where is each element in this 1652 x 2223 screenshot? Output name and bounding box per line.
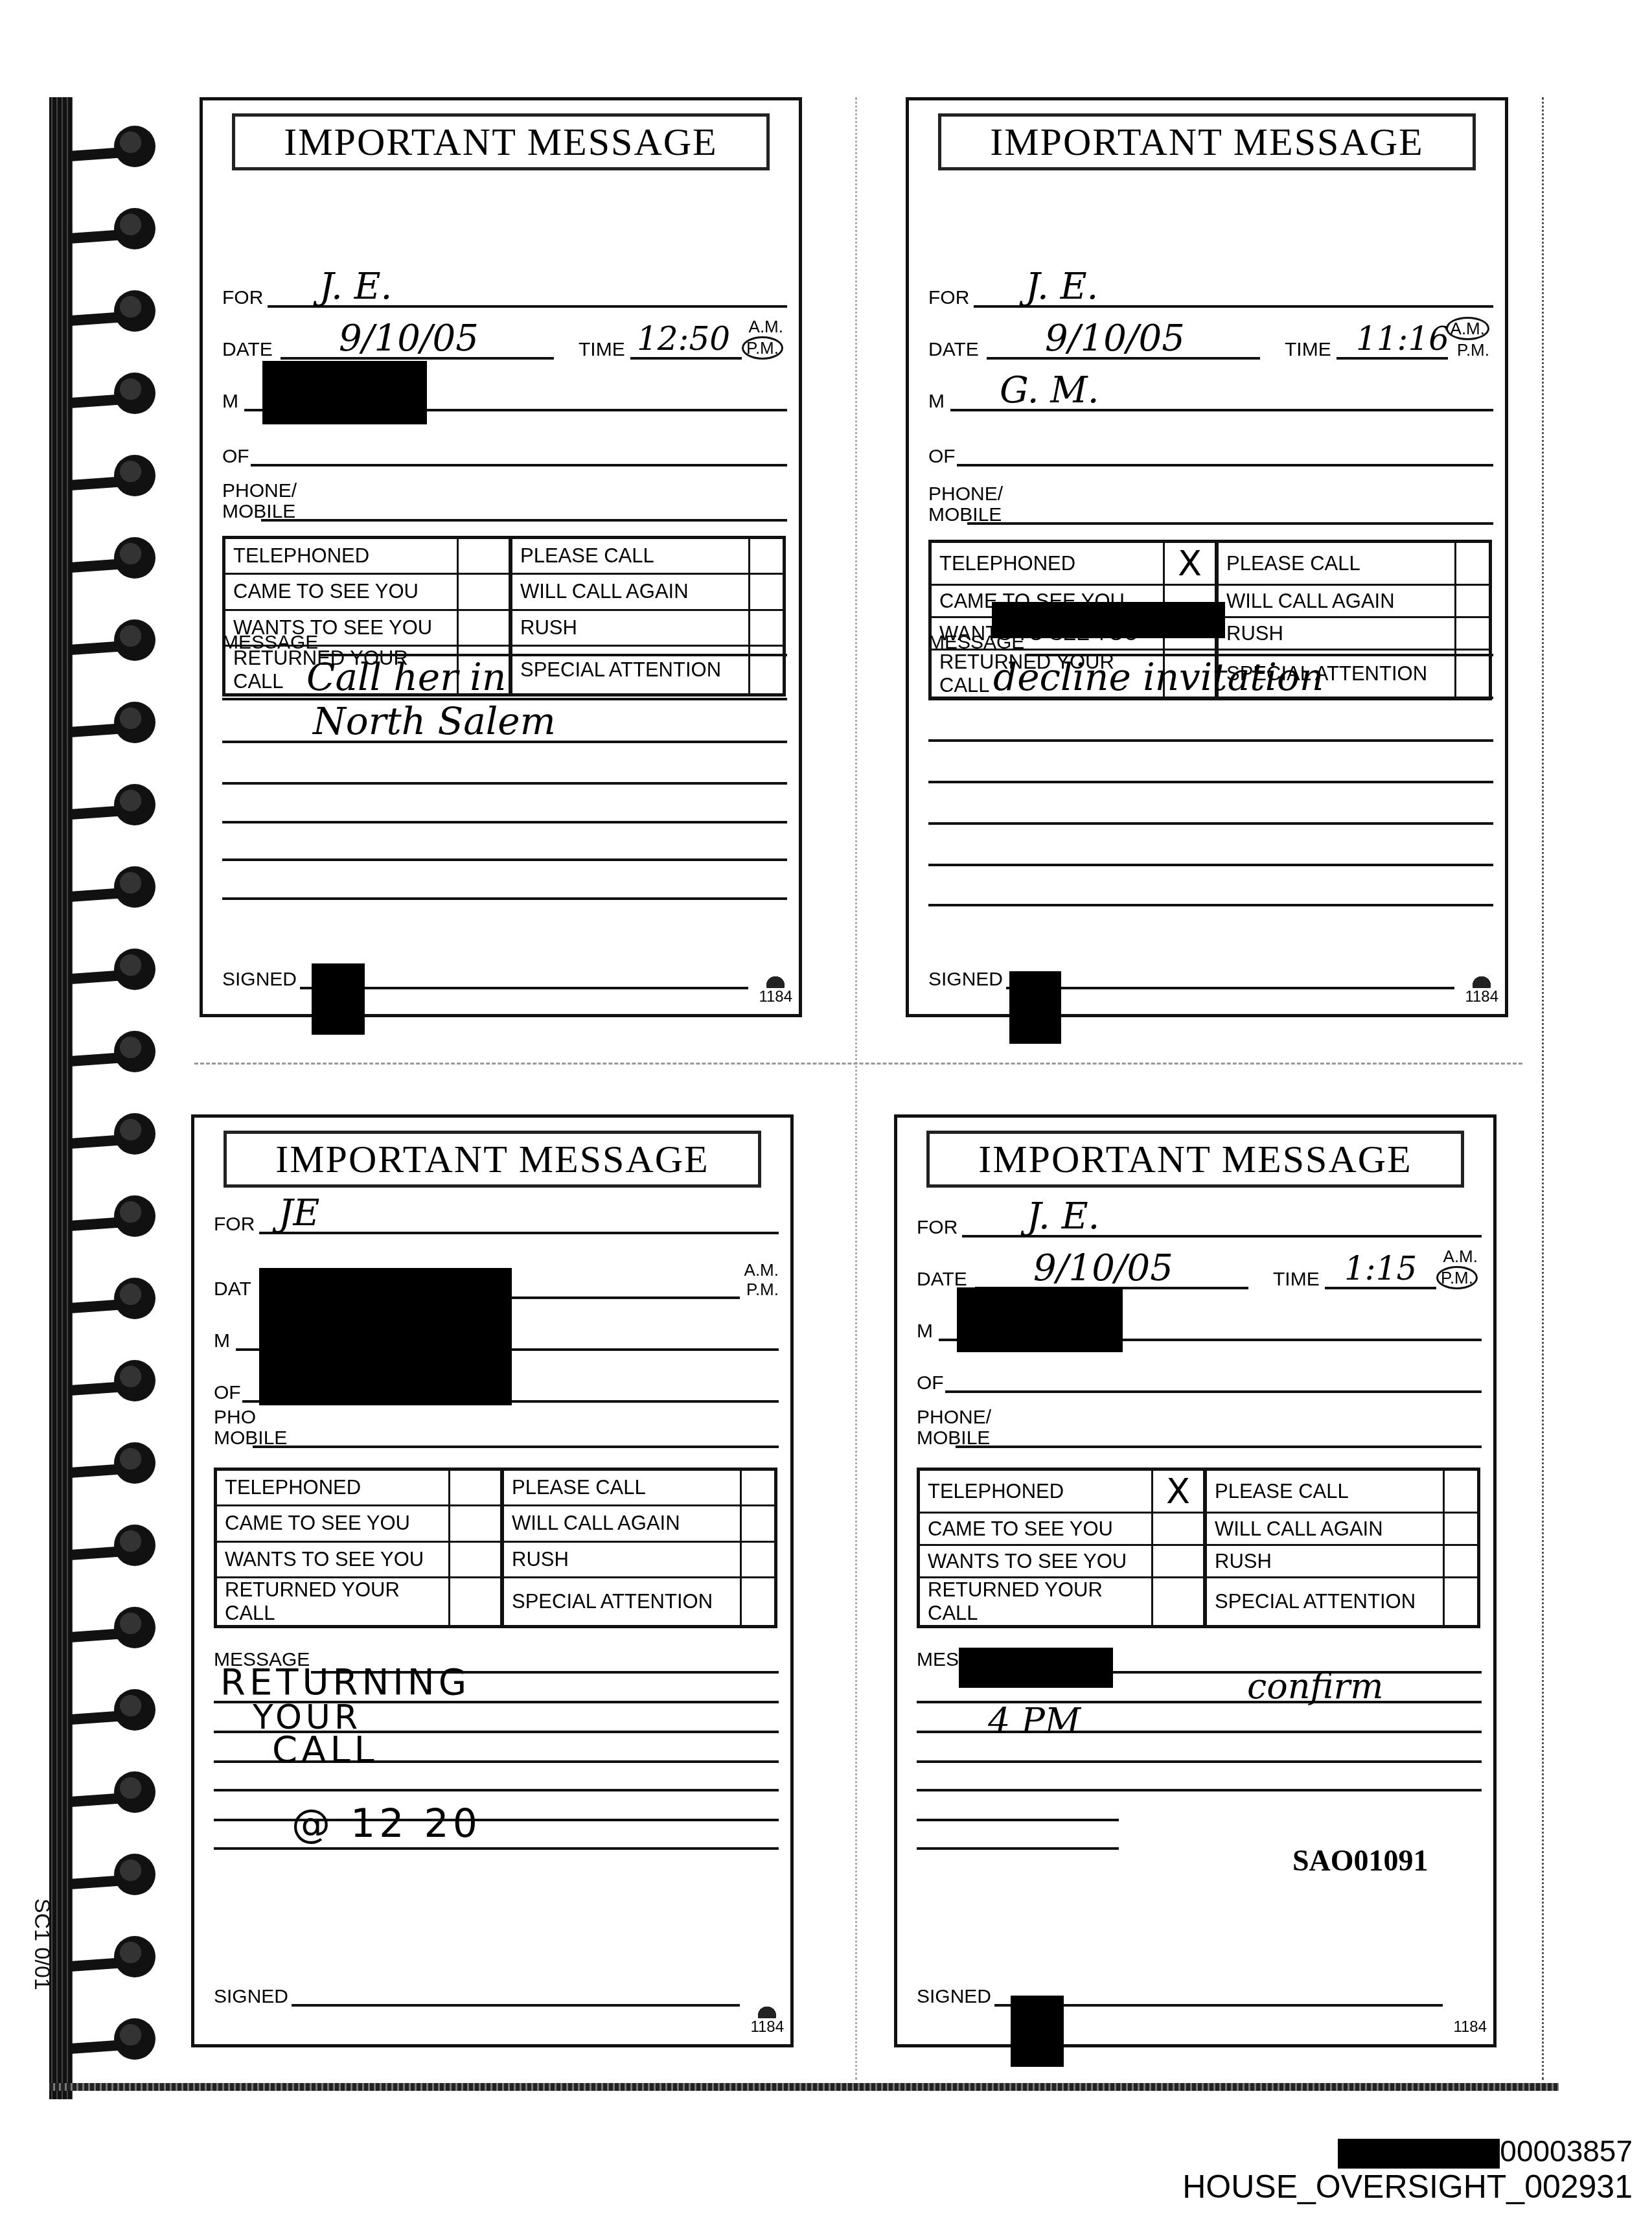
time-label: TIME	[1273, 1270, 1320, 1289]
of-field: OF	[928, 428, 1493, 466]
spiral-ring-icon	[49, 1522, 179, 1574]
please-call-checkbox[interactable]	[750, 539, 783, 575]
bates-top-suffix: 00003857	[1500, 2134, 1633, 2168]
phone-field: PHONE/ MOBILE	[928, 479, 1493, 525]
of-field: OF	[222, 428, 787, 466]
for-label: FOR	[222, 288, 263, 308]
time-value: 12:50	[637, 321, 730, 357]
rush-checkbox[interactable]	[1445, 1546, 1477, 1578]
form-number-text: 1184	[759, 988, 792, 1006]
am-label: A.M.	[1436, 1247, 1478, 1266]
message-line-1: confirm	[1247, 1667, 1384, 1706]
form-number-text: 1184	[1453, 2018, 1487, 2036]
pm-label: P.M.	[744, 1280, 779, 1299]
spiral-ring-icon	[49, 1604, 179, 1656]
telephoned-checkbox[interactable]: X	[1153, 1471, 1205, 1514]
date-value: 9/10/05	[339, 321, 479, 357]
wants-to-see-you-checkbox[interactable]	[450, 1543, 502, 1578]
for-field: FOR JE	[214, 1195, 779, 1234]
for-value: J. E.	[319, 269, 392, 305]
am-label: A.M.	[742, 317, 783, 336]
pm-label-circled: P.M.	[1436, 1266, 1478, 1289]
date-time-field: DATE 9/10/05 TIME 11:16 A.M. P.M.	[928, 321, 1493, 360]
special-attention-label: SPECIAL ATTENTION	[502, 1578, 742, 1625]
for-label: FOR	[917, 1218, 958, 1238]
perforation-vertical	[855, 97, 857, 2080]
will-call-again-label: WILL CALL AGAIN	[511, 575, 750, 610]
special-attention-checkbox[interactable]	[742, 1578, 774, 1625]
form-number-text: 1184	[1465, 988, 1498, 1006]
form-number: 1184	[759, 974, 792, 1005]
signed-label: SIGNED	[222, 969, 297, 991]
time-value: 1:15	[1344, 1250, 1417, 1287]
spiral-ring-icon	[49, 288, 179, 340]
slip-title: IMPORTANT MESSAGE	[275, 1137, 709, 1182]
spiral-ring-icon	[49, 535, 179, 586]
slip-title: IMPORTANT MESSAGE	[978, 1137, 1412, 1182]
will-call-again-checkbox[interactable]	[1456, 586, 1489, 618]
checkbox-grid: TELEPHONED PLEASE CALL CAME TO SEE YOU W…	[214, 1468, 777, 1628]
telephoned-checkbox[interactable]	[459, 539, 511, 575]
spiral-ring-icon	[49, 781, 179, 833]
please-call-checkbox[interactable]	[1445, 1471, 1477, 1514]
date-label: DATE	[928, 340, 979, 360]
page-bottom-edge	[49, 2083, 1559, 2091]
message-area: MESSAGE RETURNING YOUR CALL @ 12 20 SIGN…	[214, 1649, 779, 2038]
spiral-ring-icon	[49, 1851, 179, 1903]
telephoned-label: TELEPHONED	[932, 543, 1165, 586]
date-value: 9/10/05	[1033, 1250, 1173, 1287]
will-call-again-label: WILL CALL AGAIN	[1217, 586, 1456, 618]
will-call-again-label: WILL CALL AGAIN	[502, 1506, 742, 1542]
telephoned-label: TELEPHONED	[225, 539, 459, 575]
message-redaction	[959, 1648, 1113, 1688]
spiral-ring-icon	[49, 946, 179, 998]
am-label-circled: A.M.	[1446, 317, 1489, 340]
message-slip-top-left: IMPORTANT MESSAGE FOR J. E. DATE 9/10/05…	[200, 97, 802, 1017]
spiral-ring-icon	[49, 1769, 179, 1821]
bates-number-top: 00003857	[1338, 2135, 1633, 2169]
of-label: OF	[917, 1374, 944, 1393]
phone-label: PHONE/	[928, 485, 1003, 504]
pm-label: P.M.	[1446, 340, 1489, 360]
returned-your-call-checkbox[interactable]	[1153, 1578, 1205, 1625]
pm-label-circled: P.M.	[742, 336, 783, 360]
telephoned-checkbox[interactable]: X	[1165, 543, 1217, 586]
spiral-ring-icon	[49, 205, 179, 257]
slip-title-box: IMPORTANT MESSAGE	[224, 1131, 761, 1188]
spiral-ring-icon	[49, 123, 179, 175]
telephone-logo-icon	[755, 2004, 779, 2018]
am-pm-indicator: A.M. P.M.	[1436, 1247, 1478, 1289]
wants-to-see-you-label: WANTS TO SEE YOU	[217, 1543, 450, 1578]
for-value: J. E.	[1026, 269, 1098, 305]
spiral-ring-icon	[49, 699, 179, 751]
telephone-logo-icon	[1470, 974, 1493, 988]
m-label: M	[222, 392, 238, 411]
wants-to-see-you-label: WANTS TO SEE YOU	[920, 1546, 1153, 1578]
message-line-1: Call her in	[306, 658, 506, 697]
telephoned-label: TELEPHONED	[920, 1471, 1153, 1514]
time-label: TIME	[1285, 340, 1331, 360]
message-area: MESSAGE Call her in North Salem SIGNED	[222, 632, 787, 995]
signed-label: SIGNED	[928, 969, 1003, 991]
message-redaction	[992, 602, 1225, 638]
perforation-right-edge	[1542, 97, 1563, 2080]
telephone-logo-icon	[764, 974, 787, 988]
signed-redaction	[312, 963, 365, 1035]
date-label: DAT	[214, 1280, 251, 1299]
spiral-ring-icon	[49, 864, 179, 916]
m-value: G. M.	[1000, 373, 1099, 409]
time-label: TIME	[579, 340, 625, 360]
message-line-1: RETURNING	[220, 1663, 470, 1702]
phone-label: PHONE/	[917, 1408, 991, 1427]
spiral-ring-icon	[49, 1028, 179, 1080]
spiral-ring-icon	[49, 2016, 179, 2068]
of-label: OF	[928, 447, 956, 466]
spiral-ring-icon	[49, 1440, 179, 1492]
signed-label: SIGNED	[917, 1986, 991, 2008]
bates-redaction	[1338, 2139, 1500, 2169]
for-value: JE	[279, 1195, 319, 1232]
came-to-see-you-checkbox[interactable]	[459, 575, 511, 610]
checkbox-grid: TELEPHONED X PLEASE CALL CAME TO SEE YOU…	[917, 1468, 1480, 1628]
phone-field: PHONE/ MOBILE	[917, 1403, 1482, 1448]
message-area: MESSA confirm 4 PM SAO01091 SIGNED	[917, 1649, 1482, 2038]
will-call-again-checkbox[interactable]	[750, 575, 783, 610]
am-pm-indicator: A.M. P.M.	[1446, 317, 1489, 360]
slip-title-box: IMPORTANT MESSAGE	[938, 113, 1476, 170]
message-line-5: @ 12 20	[292, 1804, 481, 1843]
please-call-checkbox[interactable]	[742, 1471, 774, 1506]
telephoned-checkbox[interactable]	[450, 1471, 502, 1506]
rush-label: RUSH	[1205, 1546, 1445, 1578]
wants-to-see-you-checkbox[interactable]	[1153, 1546, 1205, 1578]
message-area: MESSAGE decline invitation SIGNED	[928, 632, 1493, 995]
of-label: OF	[222, 447, 249, 466]
date-value: 9/10/05	[1045, 321, 1185, 357]
rush-label: RUSH	[502, 1543, 742, 1578]
signed-label: SIGNED	[214, 1986, 288, 2008]
date-label: DATE	[917, 1270, 967, 1289]
rush-checkbox[interactable]	[742, 1543, 774, 1578]
date-time-field: DATE 9/10/05 TIME 1:15 A.M. P.M.	[917, 1250, 1482, 1289]
spiral-ring-icon	[49, 1275, 179, 1327]
time-value: 11:16	[1356, 321, 1449, 357]
will-call-again-checkbox[interactable]	[1445, 1514, 1477, 1546]
telephoned-label: TELEPHONED	[217, 1471, 450, 1506]
form-number-text: 1184	[750, 2018, 784, 2036]
came-to-see-you-checkbox[interactable]	[1153, 1514, 1205, 1546]
please-call-label: PLEASE CALL	[1205, 1471, 1445, 1514]
form-number: 1184	[750, 2004, 784, 2035]
message-label: MESSAGE	[222, 632, 318, 654]
spiral-ring-icon	[49, 1933, 179, 1985]
special-attention-checkbox[interactable]	[1445, 1578, 1477, 1625]
perforation-horizontal	[194, 1063, 1522, 1065]
phone-field: PHONE/ MOBILE	[222, 476, 787, 522]
message-slip-top-right: IMPORTANT MESSAGE FOR J. E. DATE 9/10/05…	[906, 97, 1508, 1017]
please-call-label: PLEASE CALL	[1217, 543, 1456, 586]
for-label: FOR	[928, 288, 969, 308]
spiral-ring-icon	[49, 1357, 179, 1409]
of-label: OF	[214, 1383, 241, 1403]
bates-number-bottom: HOUSE_OVERSIGHT_002931	[1182, 2171, 1633, 2203]
slip-title: IMPORTANT MESSAGE	[284, 120, 718, 165]
spiral-binding-rings	[49, 97, 179, 2099]
came-to-see-you-checkbox[interactable]	[450, 1506, 502, 1542]
spiral-ring-icon	[49, 1687, 179, 1738]
form-number: 1184	[1465, 974, 1498, 1005]
spiral-ring-icon	[49, 617, 179, 669]
message-slip-bottom-left: IMPORTANT MESSAGE FOR JE DAT A.M. P.M. M…	[191, 1114, 794, 2047]
special-attention-label: SPECIAL ATTENTION	[1205, 1578, 1445, 1625]
for-field: FOR J. E.	[222, 269, 787, 308]
for-field: FOR J. E.	[917, 1199, 1482, 1238]
am-label: A.M.	[744, 1260, 779, 1280]
returned-your-call-label: RETURNED YOUR CALL	[217, 1578, 450, 1625]
message-line-3: CALL	[272, 1731, 378, 1769]
please-call-checkbox[interactable]	[1456, 543, 1489, 586]
am-pm-indicator: A.M. P.M.	[742, 317, 783, 360]
message-line-2: North Salem	[313, 702, 556, 741]
returned-your-call-label: RETURNED YOUR CALL	[920, 1578, 1153, 1625]
will-call-again-label: WILL CALL AGAIN	[1205, 1514, 1445, 1546]
of-field: OF	[917, 1354, 1482, 1393]
message-slip-bottom-right: IMPORTANT MESSAGE FOR J. E. DATE 9/10/05…	[894, 1114, 1497, 2047]
please-call-label: PLEASE CALL	[502, 1471, 742, 1506]
date-label: DATE	[222, 340, 273, 360]
signed-redaction	[1011, 1996, 1064, 2067]
sao-stamp: SAO01091	[1292, 1843, 1428, 1878]
phone-label: PHO	[214, 1408, 256, 1427]
phone-field: PHO MOBILE	[214, 1403, 779, 1448]
for-value: J. E.	[1027, 1199, 1099, 1235]
slip-title-box: IMPORTANT MESSAGE	[926, 1131, 1464, 1188]
came-to-see-you-label: CAME TO SEE YOU	[920, 1514, 1153, 1546]
spine-code: SC1 0/01	[29, 1898, 54, 1990]
redaction-box	[259, 1268, 512, 1405]
came-to-see-you-label: CAME TO SEE YOU	[217, 1506, 450, 1542]
redaction-box	[957, 1287, 1123, 1352]
message-line-1: decline invitation	[993, 658, 1324, 697]
am-pm-indicator: A.M. P.M.	[744, 1260, 779, 1299]
for-label: FOR	[214, 1215, 255, 1234]
for-field: FOR J. E.	[928, 269, 1493, 308]
redaction-box	[262, 361, 427, 424]
came-to-see-you-label: CAME TO SEE YOU	[225, 575, 459, 610]
phone-label: PHONE/	[222, 481, 297, 501]
m-label: M	[214, 1331, 230, 1351]
slip-title: IMPORTANT MESSAGE	[990, 120, 1424, 165]
form-number: 1184	[1453, 2020, 1487, 2035]
spiral-ring-icon	[49, 452, 179, 504]
signed-redaction	[1009, 971, 1061, 1044]
m-label: M	[928, 392, 945, 411]
slip-title-box: IMPORTANT MESSAGE	[232, 113, 770, 170]
spiral-ring-icon	[49, 370, 179, 422]
will-call-again-checkbox[interactable]	[742, 1506, 774, 1542]
m-label: M	[917, 1322, 933, 1341]
date-time-field: DATE 9/10/05 TIME 12:50 A.M. P.M.	[222, 321, 787, 360]
please-call-label: PLEASE CALL	[511, 539, 750, 575]
returned-your-call-checkbox[interactable]	[450, 1578, 502, 1625]
message-line-2: 4 PM	[988, 1702, 1081, 1741]
m-field: M G. M.	[928, 373, 1493, 411]
spiral-ring-icon	[49, 1111, 179, 1162]
spiral-ring-icon	[49, 1193, 179, 1245]
